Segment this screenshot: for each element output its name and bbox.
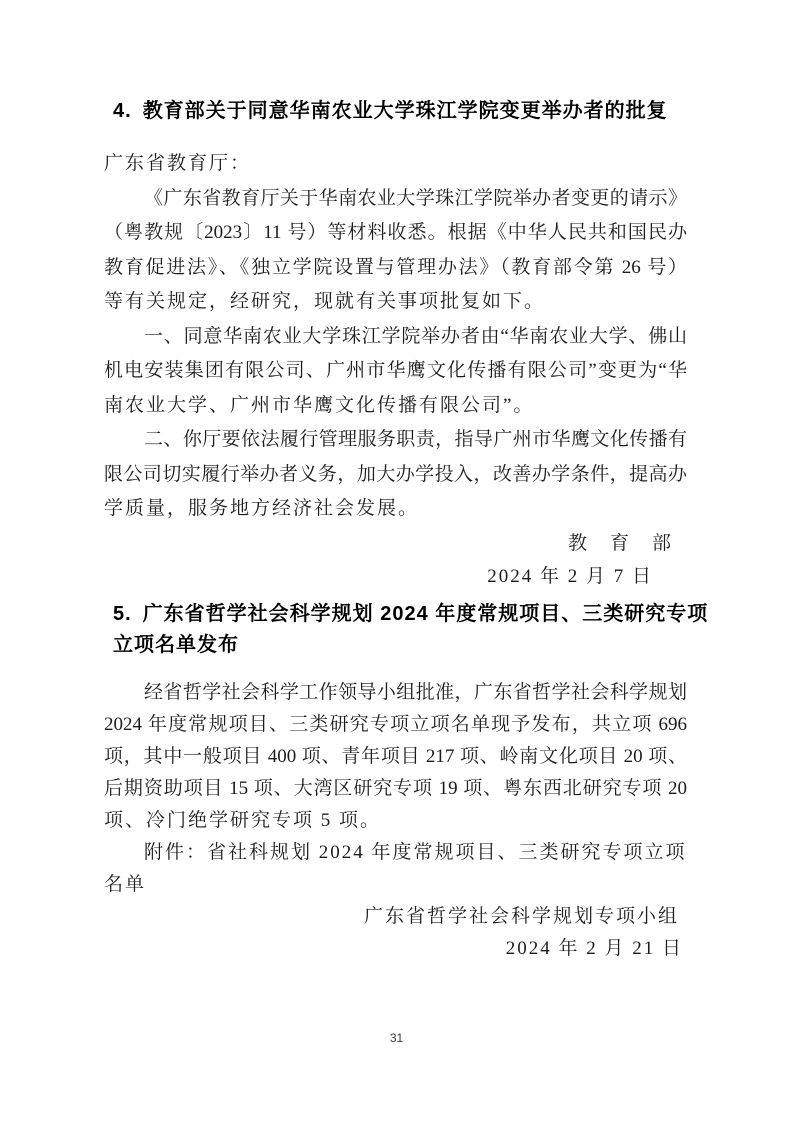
text-line: 后期资助项目 15 项、大湾区研究专项 19 项、粤东西北研究专项 20 [104,773,687,805]
section-5-heading-line2: 立项名单发布 [113,630,687,661]
section-5-title: 广东省哲学社会科学规划 2024 年度常规项目、三类研究专项 [143,603,709,625]
text-line: 广东省教育厅： [104,147,687,182]
salutation-paragraph: 广东省教育厅： [104,147,687,182]
attachment-paragraph: 附件：省社科规划 2024 年度常规项目、三类研究专项立项名单 [104,837,687,901]
section-4: 4.教育部关于同意华南农业大学珠江学院变更举办者的批复 广东省教育厅： 《广东省… [104,95,687,593]
text-line: 附件：省社科规划 2024 年度常规项目、三类研究专项立项名单 [104,837,687,901]
section-5-number: 5. [113,603,132,625]
section-4-title: 教育部关于同意华南农业大学珠江学院变更举办者的批复 [143,100,668,122]
signature-org: 教 育 部 [104,527,687,560]
text-line: 一、同意华南农业大学珠江学院举办者由“华南农业大学、佛山 [104,320,687,355]
text-line: 教育促进法》、《独立学院设置与管理办法》（教育部令第 26 号） [104,251,687,286]
text-line: 项，其中一般项目 400 项、青年项目 217 项、岭南文化项目 20 项、 [104,741,687,773]
text-line: 项、冷门绝学研究专项 5 项。 [104,805,687,837]
body-paragraph: 经省哲学社会科学工作领导小组批准，广东省哲学社会科学规划2024 年度常规项目、… [104,677,687,837]
body-paragraph: 一、同意华南农业大学珠江学院举办者由“华南农业大学、佛山机电安装集团有限公司、广… [104,320,687,424]
body-paragraph: 《广东省教育厅关于华南农业大学珠江学院举办者变更的请示》（粤教规〔2023〕11… [104,182,687,320]
body-paragraph: 二、你厅要依法履行管理服务职责，指导广州市华鹰文化传播有限公司切实履行举办者义务… [104,423,687,527]
text-line: 学质量，服务地方经济社会发展。 [104,492,687,527]
section-4-heading-line1: 4.教育部关于同意华南农业大学珠江学院变更举办者的批复 [113,95,687,127]
signature-date: 2024 年 2 月 21 日 [104,933,687,965]
text-line: （粤教规〔2023〕11 号）等材料收悉。根据《中华人民共和国民办 [104,216,687,251]
text-line: 经省哲学社会科学工作领导小组批准，广东省哲学社会科学规划 [104,677,687,709]
text-line: 二、你厅要依法履行管理服务职责，指导广州市华鹰文化传播有 [104,423,687,458]
section-4-heading: 4.教育部关于同意华南农业大学珠江学院变更举办者的批复 [113,95,687,127]
section-5: 5.广东省哲学社会科学规划 2024 年度常规项目、三类研究专项 立项名单发布 … [104,599,687,965]
document-page: 4.教育部关于同意华南农业大学珠江学院变更举办者的批复 广东省教育厅： 《广东省… [0,0,793,1122]
text-line: 机电安装集团有限公司、广州市华鹰文化传播有限公司”变更为“华 [104,354,687,389]
signature-date: 2024 年 2 月 7 日 [104,560,687,593]
section-5-heading: 5.广东省哲学社会科学规划 2024 年度常规项目、三类研究专项 立项名单发布 [113,599,687,661]
text-line: 等有关规定，经研究，现就有关事项批复如下。 [104,285,687,320]
text-line: 限公司切实履行举办者义务，加大办学投入，改善办学条件，提高办 [104,458,687,493]
section-4-number: 4. [113,100,132,122]
text-line: 2024 年度常规项目、三类研究专项立项名单现予发布，共立项 696 [104,709,687,741]
page-number: 31 [0,1031,793,1045]
signature-org: 广东省哲学社会科学规划专项小组 [104,901,687,933]
text-line: 《广东省教育厅关于华南农业大学珠江学院举办者变更的请示》 [104,182,687,217]
text-line: 南农业大学、广州市华鹰文化传播有限公司”。 [104,389,687,424]
section-5-heading-line1: 5.广东省哲学社会科学规划 2024 年度常规项目、三类研究专项 [113,599,687,630]
